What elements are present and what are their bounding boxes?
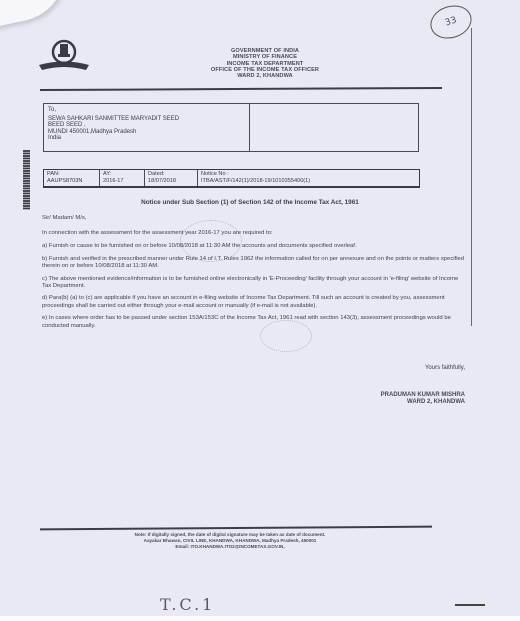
margin-line	[471, 28, 472, 326]
notice-number-cell: Notice No : ITBA/AST/F/142(1)/2018-19/10…	[198, 170, 419, 186]
notice-info-table: PAN: AAUPS8703N AY: 2016-17 Dated: 18/07…	[43, 169, 420, 188]
scanned-notice-page: GOVERNMENT OF INDIA MINISTRY OF FINANCE …	[0, 0, 520, 621]
addressee-block: To, SEWA SAHKARI SANMITTEE MARYADIT SEED…	[43, 103, 249, 152]
pen-mark	[455, 604, 485, 606]
closing: Yours faithfully,	[330, 365, 465, 372]
address-line: BEED SEED ,	[48, 122, 245, 129]
clause-c: c) The above mentioned evidence/informat…	[42, 276, 467, 290]
footer-divider	[40, 526, 432, 531]
emblem-icon	[36, 38, 92, 72]
letterhead-line: WARD 2, KHANDWA	[150, 73, 380, 79]
address-line: SEWA SAHKARI SANMITTEE MARYADIT SEED	[48, 116, 245, 123]
notice-title: Notice under Sub Section (1) of Section …	[40, 199, 460, 206]
signatory-designation: WARD 2, KHANDWA	[300, 399, 465, 406]
ay-label: AY:	[103, 171, 141, 178]
barcode-icon	[23, 150, 30, 210]
footer: Note: If digitally signed, the date of d…	[80, 532, 380, 550]
intro-paragraph: In connection with the assessment for th…	[42, 230, 467, 237]
address-line: India	[48, 135, 245, 142]
signatory-name: PRADUMAN KUMAR MISHRA	[300, 392, 465, 399]
clause-d: d) Para(b) (a) to (c) are applicable if …	[42, 295, 467, 309]
notice-number-label: Notice No :	[201, 171, 416, 178]
page-number-annotation: 33	[426, 0, 476, 43]
pan-cell: PAN: AAUPS8703N	[44, 170, 100, 186]
salutation: Sir/ Madam/ M/s,	[42, 215, 467, 222]
to-label: To,	[48, 107, 245, 114]
clause-e: e) In cases where order has to be passed…	[42, 315, 467, 329]
ay-cell: AY: 2016-17	[100, 170, 145, 186]
clause-b: b) Furnish and verified in the prescribe…	[42, 256, 467, 270]
handwritten-note: T.C.1	[160, 595, 215, 614]
scan-edge	[0, 616, 520, 621]
notice-body: Sir/ Madam/ M/s, In connection with the …	[42, 215, 467, 335]
header-divider	[40, 87, 442, 91]
folded-page-corner	[0, 0, 74, 29]
footer-email: Email: ITO.KHANDWA.ITO2@INCOMETAX.GOV.IN…	[80, 544, 380, 550]
dated-label: Dated:	[148, 171, 194, 178]
pan-value: AAUPS8703N	[47, 178, 96, 185]
signatory-block: PRADUMAN KUMAR MISHRA WARD 2, KHANDWA	[300, 392, 465, 406]
pan-label: PAN:	[47, 171, 96, 178]
ay-value: 2016-17	[103, 178, 141, 185]
address-line: MUNDI 450001,Madhya Pradesh	[48, 129, 245, 136]
notice-number-value: ITBA/AST/F/142(1)/2018-19/1010355400(1)	[201, 178, 416, 185]
letterhead: GOVERNMENT OF INDIA MINISTRY OF FINANCE …	[150, 48, 380, 79]
addressee-blank-box	[249, 103, 419, 152]
dated-cell: Dated: 18/07/2018	[145, 170, 198, 186]
clause-a: a) Furnish or cause to be furnished on o…	[42, 243, 467, 250]
dated-value: 18/07/2018	[148, 178, 194, 185]
